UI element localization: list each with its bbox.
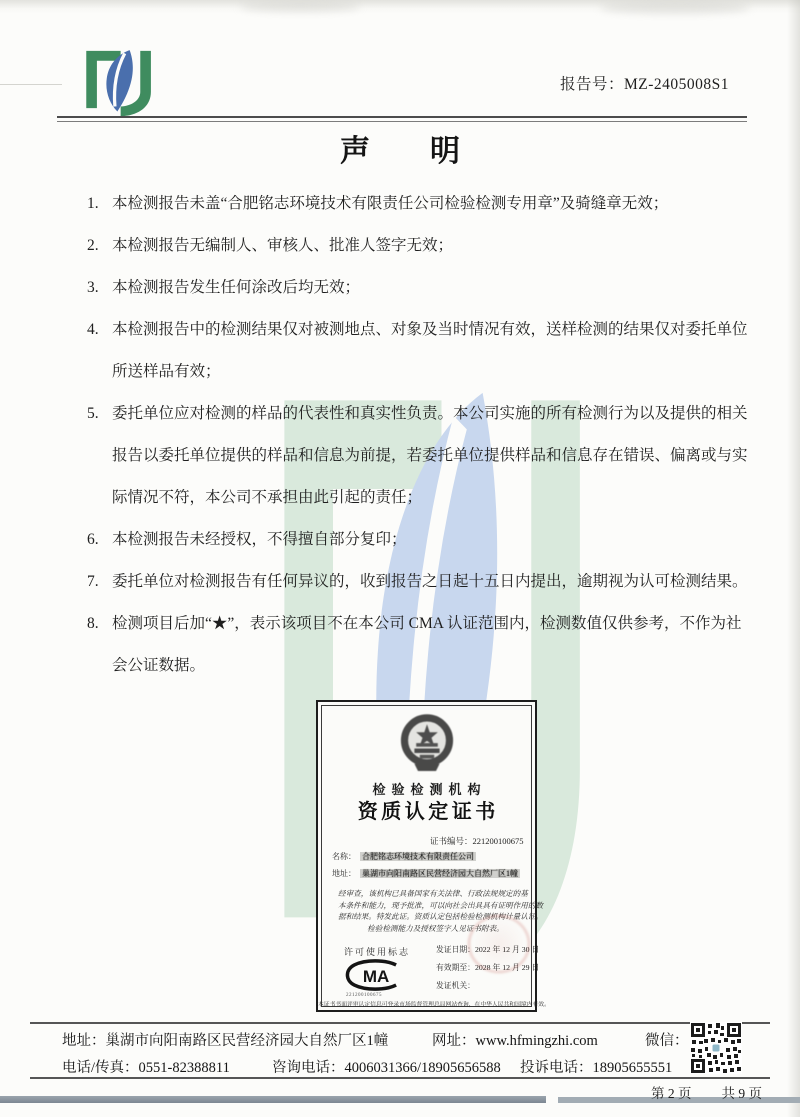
footer-wechat-label: 微信：	[645, 1033, 689, 1049]
statement-item: 3. 本检测报告发生任何涂改后均无效；	[85, 267, 747, 309]
item-text: 本检测报告未盖“合肥铭志环境技术有限责任公司检验检测专用章”及骑缝章无效；	[112, 183, 747, 225]
footer-tel-label: 电话/传真：	[62, 1060, 139, 1076]
certificate-name-field: 名称：合肥铭志环境技术有限责任公司	[332, 851, 476, 862]
statement-item: 8. 检测项目后加“★”，表示该项目不在本公司 CMA 认证范围内，检测数值仅供…	[85, 603, 747, 687]
valid-date-label: 有效期至：	[436, 963, 475, 972]
scan-edge-bottom	[0, 1096, 546, 1103]
page-number: 第 2 页 共 9 页	[651, 1082, 762, 1102]
footer-website-label: 网址：	[432, 1033, 476, 1049]
statement-item: 2. 本检测报告无编制人、审核人、批准人签字无效；	[85, 225, 747, 267]
item-text: 本检测报告无编制人、审核人、批准人签字无效；	[112, 225, 747, 267]
item-text: 报告以委托单位提供的样品和信息为前提，若委托单位提供样品和信息存在错误、偏离或与…	[112, 435, 747, 477]
item-number: 4.	[87, 309, 99, 351]
item-text: 委托单位应对检测的样品的代表性和真实性负责。本公司实施的所有检测行为以及提供的相…	[112, 393, 747, 435]
item-text: 所送样品有效；	[112, 351, 747, 393]
page-title: 声 明	[0, 127, 800, 169]
footer-row-phones: 电话/传真：0551-82388811 咨询电话：4006031366/1890…	[62, 1056, 772, 1076]
certificate-heading-large: 资质认定证书	[318, 795, 535, 824]
accreditation-certificate: 检验检测机构 资质认定证书 证书编号：221200100675 名称：合肥铭志环…	[316, 700, 537, 1012]
item-text: 检测项目后加“★”，表示该项目不在本公司 CMA 认证范围内，检测数值仅供参考，…	[112, 603, 747, 645]
footer-website: 网址：www.hfmingzhi.com	[432, 1029, 598, 1050]
wechat-qr-code	[690, 1022, 742, 1074]
page-current: 第 2 页	[651, 1082, 692, 1102]
item-number: 2.	[87, 225, 99, 267]
statement-item: 7. 委托单位对检测报告有任何异议的，收到报告之日起十五日内提出，逾期视为认可检…	[85, 561, 747, 603]
footer-complaint-label: 投诉电话：	[520, 1060, 593, 1076]
certificate-body-line: 经审查，该机构已具备国家有关法律、行政法规规定的基	[338, 888, 519, 900]
footer-tel: 电话/传真：0551-82388811	[62, 1056, 230, 1077]
statement-list: 1. 本检测报告未盖“合肥铭志环境技术有限责任公司检验检测专用章”及骑缝章无效；…	[85, 183, 747, 687]
national-emblem-icon	[400, 713, 454, 775]
report-number-value: MZ-2405008S1	[624, 76, 729, 93]
footer-consult: 咨询电话：4006031366/18905656588	[272, 1056, 501, 1077]
item-number: 5.	[87, 393, 99, 435]
item-text: 委托单位对检测报告有任何异议的，收到报告之日起十五日内提出，逾期视为认可检测结果…	[112, 561, 747, 603]
report-number-label: 报告号：	[560, 76, 624, 93]
item-text: 本检测报告发生任何涂改后均无效；	[112, 267, 747, 309]
scan-fold-line	[0, 84, 62, 85]
name-value: 合肥铭志环境技术有限责任公司	[360, 852, 476, 861]
item-text: 本检测报告未经授权，不得擅自部分复印；	[112, 519, 747, 561]
header-divider	[57, 116, 747, 122]
item-text: 本检测报告中的检测结果仅对被测地点、对象及当时情况有效，送样检测的结果仅对委托单…	[112, 309, 747, 351]
page-total: 共 9 页	[722, 1082, 763, 1102]
item-text: 会公证数据。	[112, 645, 747, 687]
scan-noise-blob	[600, 2, 750, 14]
item-number: 8.	[87, 603, 99, 645]
footer-divider-bottom	[30, 1077, 770, 1079]
authority-label: 发证机关：	[436, 981, 475, 990]
red-seal-stamp	[468, 915, 530, 973]
address-value: 巢湖市向阳南路区民营经济园大自然厂区1幢	[360, 869, 520, 878]
certificate-body-line: 本条件和能力，现予批准，可以向社会出具具有证明作用的数	[338, 900, 519, 912]
report-number: 报告号：MZ-2405008S1	[560, 72, 770, 94]
footer-consult-value: 4006031366/18905656588	[345, 1060, 501, 1076]
footer-wechat: 微信：	[645, 1029, 689, 1050]
footer-tel-value: 0551-82388811	[139, 1060, 230, 1076]
statement-item: 5. 委托单位应对检测的样品的代表性和真实性负责。本公司实施的所有检测行为以及提…	[85, 393, 747, 519]
footer-complaint-value: 18905655551	[593, 1060, 673, 1076]
statement-item: 6. 本检测报告未经授权，不得擅自部分复印；	[85, 519, 747, 561]
footer-complaint: 投诉电话：18905655551	[520, 1056, 672, 1077]
cma-small-number: 221200100675	[346, 993, 382, 998]
item-number: 1.	[87, 183, 99, 225]
item-text: 际情况不符，本公司不承担由此引起的责任；	[112, 477, 747, 519]
certificate-number: 证书编号：221200100675	[430, 835, 524, 847]
authority-row: 发证机关：	[436, 977, 539, 995]
footer-consult-label: 咨询电话：	[272, 1060, 345, 1076]
certificate-footnote: 本证书书面评审认定信息可登录市场监督管理总局网站查询，在中华人民共和国境内有效。	[318, 999, 535, 1008]
footer-address: 地址：巢湖市向阳南路区民营经济园大自然厂区1幢	[62, 1029, 388, 1050]
footer-website-value: www.hfmingzhi.com	[476, 1033, 598, 1049]
certificate-address-field: 地址：巢湖市向阳南路区民营经济园大自然厂区1幢	[332, 868, 520, 879]
statement-item: 1. 本检测报告未盖“合肥铭志环境技术有限责任公司检验检测专用章”及骑缝章无效；	[85, 183, 747, 225]
name-label: 名称：	[332, 852, 356, 861]
item-number: 3.	[87, 267, 99, 309]
cma-logo-icon: MA	[338, 958, 414, 992]
item-number: 7.	[87, 561, 99, 603]
address-label: 地址：	[332, 869, 356, 878]
scan-noise-blob	[240, 2, 360, 12]
footer-address-label: 地址：	[62, 1033, 106, 1049]
statement-item: 4. 本检测报告中的检测结果仅对被测地点、对象及当时情况有效，送样检测的结果仅对…	[85, 309, 747, 393]
company-logo-icon	[64, 46, 174, 118]
scanned-report-page: 报告号：MZ-2405008S1 声 明 1. 本检测报告未盖“合肥铭志环境技术…	[0, 0, 800, 1117]
certificate-number-label: 证书编号：	[430, 836, 473, 846]
footer-address-value: 巢湖市向阳南路区民营经济园大自然厂区1幢	[106, 1033, 389, 1049]
cma-mark-label: 许可使用标志	[344, 945, 410, 958]
item-number: 6.	[87, 519, 99, 561]
footer-divider-top	[30, 1022, 770, 1024]
certificate-number-value: 221200100675	[473, 836, 524, 846]
footer-row-address: 地址：巢湖市向阳南路区民营经济园大自然厂区1幢 网址：www.hfmingzhi…	[62, 1029, 772, 1049]
svg-text:MA: MA	[363, 967, 389, 986]
